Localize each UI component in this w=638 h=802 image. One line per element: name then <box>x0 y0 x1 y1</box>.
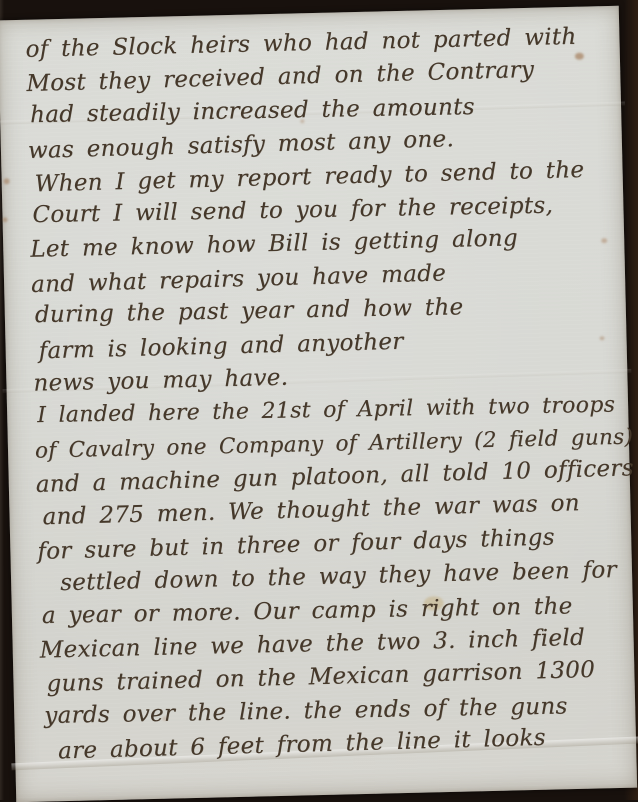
letter-body: of the Slock heirs who had not parted wi… <box>25 20 622 768</box>
age-spot <box>3 217 8 222</box>
letter-paper: of the Slock heirs who had not parted wi… <box>0 6 637 800</box>
age-spot <box>4 178 10 184</box>
